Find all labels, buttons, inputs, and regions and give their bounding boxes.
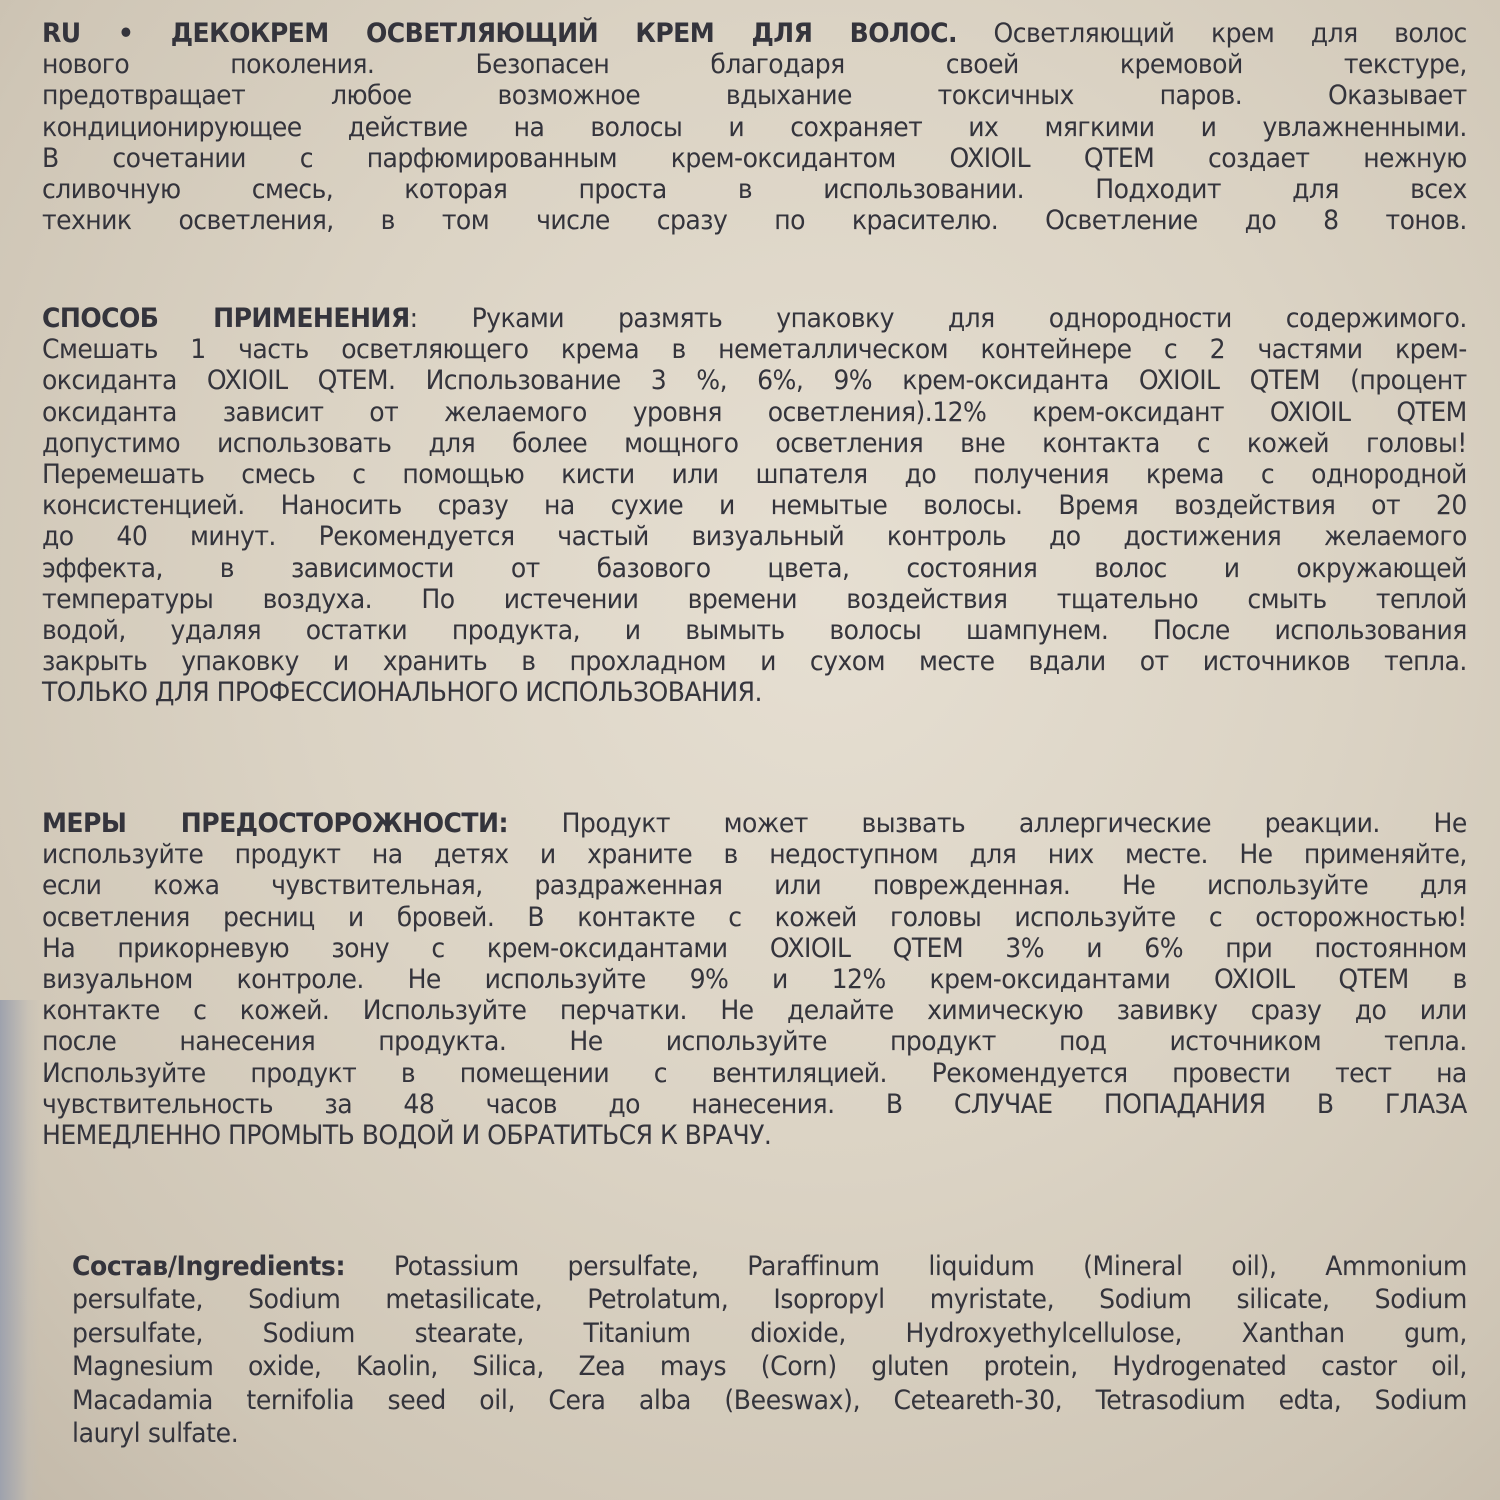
background-shadow — [0, 1000, 40, 1500]
usage-line: оксиданта зависит от желаемого уровня ос… — [42, 397, 1467, 428]
usage-line: Смешать 1 часть осветляющего крема в нем… — [42, 334, 1467, 365]
precautions-line: контакте с кожей. Используйте перчатки. … — [42, 995, 1467, 1026]
precautions-line: На прикорневую зону с крем-оксидантами O… — [42, 933, 1467, 964]
precautions-line: Используйте продукт в помещении с вентил… — [42, 1058, 1467, 1089]
description-line: В сочетании с парфюмированным крем-оксид… — [42, 143, 1467, 174]
description-line: нового поколения. Безопасен благодаря св… — [42, 49, 1467, 80]
precautions-line: если кожа чувствительная, раздраженная и… — [42, 870, 1467, 901]
precautions-line-1: МЕРЫ ПРЕДОСТОРОЖНОСТИ: Продукт может выз… — [42, 808, 1467, 839]
usage-heading: СПОСОБ ПРИМЕНЕНИЯ — [42, 303, 410, 334]
usage-line: оксиданта OXIOIL QTEM. Использование 3 %… — [42, 365, 1467, 396]
product-description: RU • ДЕКОКРЕМ ОСВЕТЛЯЮЩИЙ КРЕМ ДЛЯ ВОЛОС… — [42, 18, 1467, 236]
precautions-line: осветления ресниц и бровей. В контакте с… — [42, 902, 1467, 933]
ingredients: Состав/Ingredients: Potassium persulfate… — [72, 1250, 1467, 1450]
usage-line: температуры воздуха. По истечении времен… — [42, 584, 1467, 615]
description-line: техник осветления, в том числе сразу по … — [42, 205, 1467, 236]
description-line: предотвращает любое возможное вдыхание т… — [42, 80, 1467, 111]
description-line-1: RU • ДЕКОКРЕМ ОСВЕТЛЯЮЩИЙ КРЕМ ДЛЯ ВОЛОС… — [42, 18, 1467, 49]
usage-instructions: СПОСОБ ПРИМЕНЕНИЯ: Руками размять упаков… — [42, 303, 1467, 709]
ingredients-heading: Состав/Ingredients: — [72, 1251, 345, 1282]
product-title: RU • ДЕКОКРЕМ ОСВЕТЛЯЮЩИЙ КРЕМ ДЛЯ ВОЛОС… — [42, 18, 957, 49]
usage-line: эффекта, в зависимости от базового цвета… — [42, 553, 1467, 584]
usage-line: допустимо использовать для более мощного… — [42, 428, 1467, 459]
professional-use-notice: ТОЛЬКО ДЛЯ ПРОФЕССИОНАЛЬНОГО ИСПОЛЬЗОВАН… — [42, 677, 1467, 708]
precautions-line: чувствительность за 48 часов до нанесени… — [42, 1089, 1467, 1120]
precautions-line: визуальном контроле. Не используйте 9% и… — [42, 964, 1467, 995]
precautions-line: используйте продукт на детях и храните в… — [42, 839, 1467, 870]
eye-contact-warning: НЕМЕДЛЕННО ПРОМЫТЬ ВОДОЙ И ОБРАТИТЬСЯ К … — [42, 1120, 1467, 1151]
description-line: кондиционирующее действие на волосы и со… — [42, 112, 1467, 143]
usage-line: закрыть упаковку и хранить в прохладном … — [42, 646, 1467, 677]
usage-line: водой, удаляя остатки продукта, и вымыть… — [42, 615, 1467, 646]
ingredients-line: persulfate, Sodium metasilicate, Petrola… — [72, 1283, 1467, 1316]
ingredients-line-1: Состав/Ingredients: Potassium persulfate… — [72, 1250, 1467, 1283]
usage-line: Перемешать смесь с помощью кисти или шпа… — [42, 459, 1467, 490]
precautions-heading: МЕРЫ ПРЕДОСТОРОЖНОСТИ: — [42, 808, 508, 839]
ingredients-line: Macadamia ternifolia seed oil, Cera alba… — [72, 1384, 1467, 1417]
usage-line-1: СПОСОБ ПРИМЕНЕНИЯ: Руками размять упаков… — [42, 303, 1467, 334]
usage-line: консистенцией. Наносить сразу на сухие и… — [42, 490, 1467, 521]
precautions-line: после нанесения продукта. Не используйте… — [42, 1026, 1467, 1057]
usage-line: до 40 минут. Рекомендуется частый визуал… — [42, 521, 1467, 552]
ingredients-line: Magnesium oxide, Kaolin, Silica, Zea may… — [72, 1350, 1467, 1383]
precautions: МЕРЫ ПРЕДОСТОРОЖНОСТИ: Продукт может выз… — [42, 808, 1467, 1151]
ingredients-line: persulfate, Sodium stearate, Titanium di… — [72, 1317, 1467, 1350]
description-line: сливочную смесь, которая проста в исполь… — [42, 174, 1467, 205]
ingredients-line: lauryl sulfate. — [72, 1417, 1467, 1450]
